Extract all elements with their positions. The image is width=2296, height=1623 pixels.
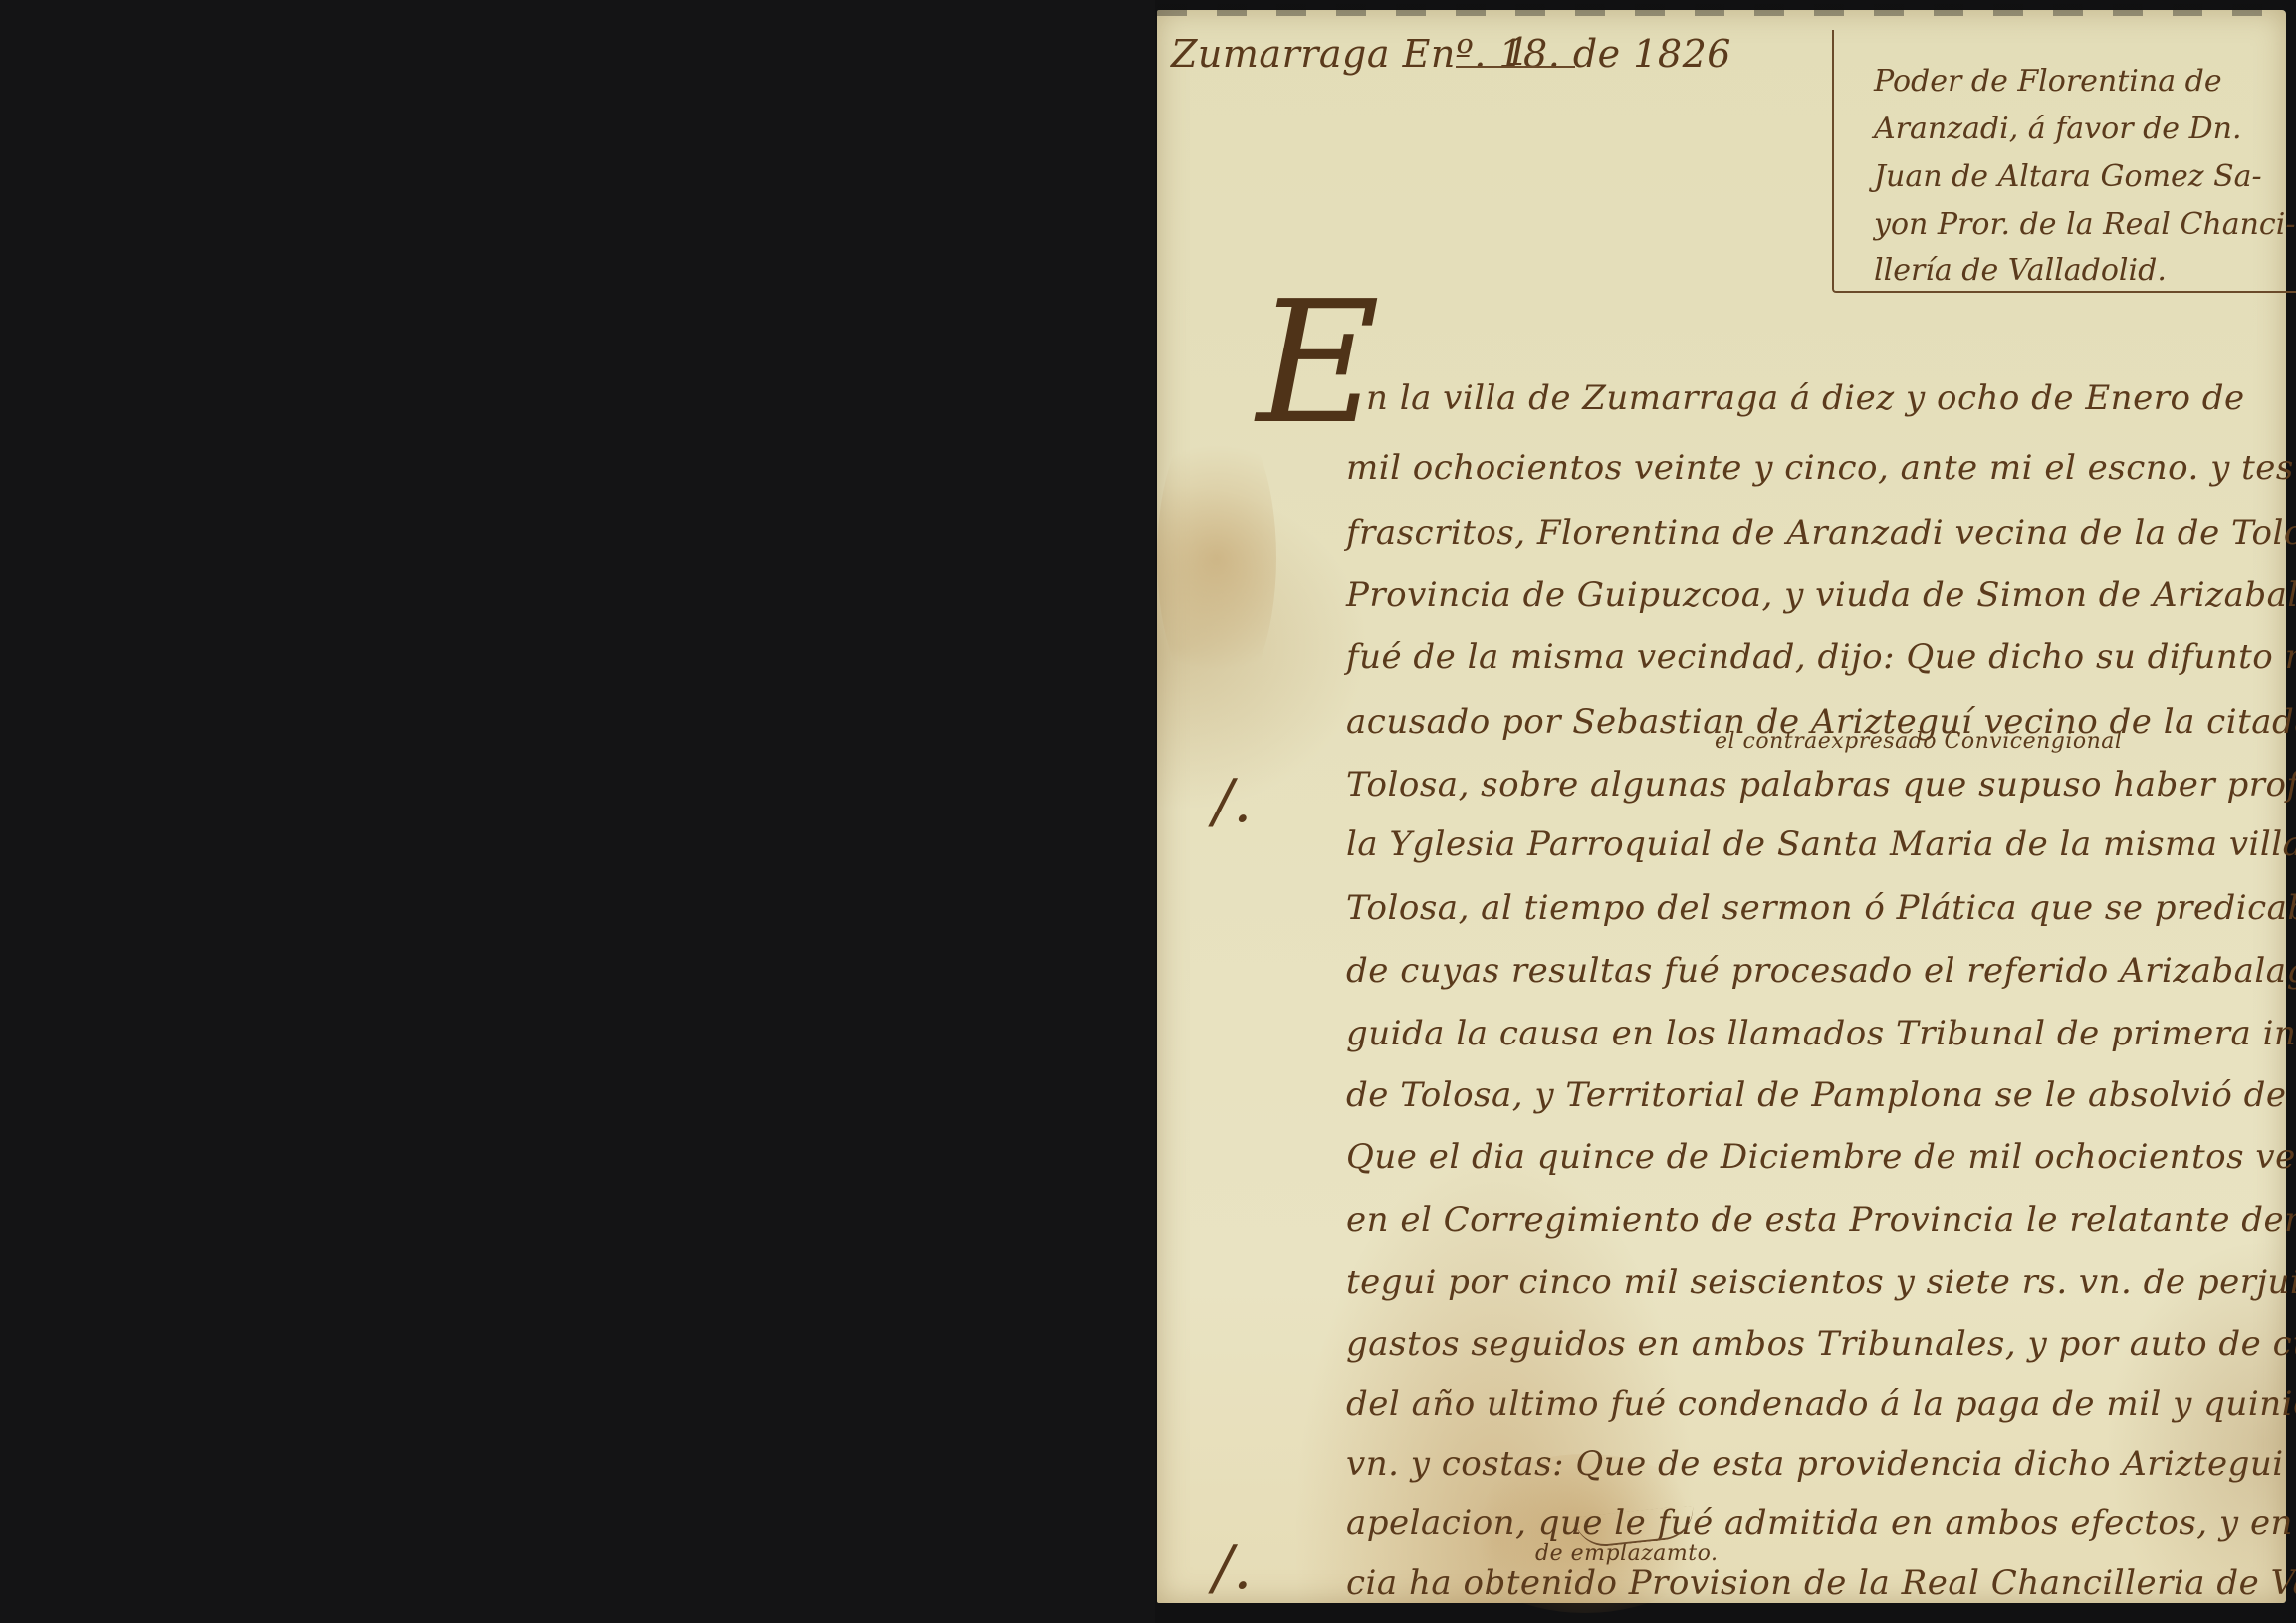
body-line: Tolosa, al tiempo del sermon ó Plática q… (1346, 888, 2296, 928)
summary-line: yon Pror. de la Real Chanci- (1874, 207, 2295, 242)
body-line: guida la causa en los llamados Tribunal … (1346, 1014, 2296, 1053)
header-place-date: Zumarraga Enº. 18. de 1826 (1171, 32, 1731, 76)
viewer-background (0, 0, 1155, 1623)
body-line: en el Corregimiento de esta Provincia le… (1346, 1200, 2296, 1240)
body-line: Que el dia quince de Diciembre de mil oc… (1346, 1137, 2296, 1177)
body-line: de cuyas resultas fué procesado el refer… (1346, 951, 2296, 991)
summary-line: Poder de Florentina de (1874, 64, 2222, 99)
summary-line: llería de Valladolid. (1874, 253, 2167, 288)
body-line: mil ochocientos veinte y cinco, ante mi … (1346, 448, 2296, 488)
body-line: n la villa de Zumarraga á diez y ocho de… (1366, 378, 2245, 418)
body-line: vn. y costas: Que de esta providencia di… (1346, 1444, 2296, 1484)
body-line: del año ultimo fué condenado á la paga d… (1346, 1384, 2296, 1424)
body-line: gastos seguidos en ambos Tribunales, y p… (1346, 1324, 2296, 1364)
body-line: tegui por cinco mil seiscientos y siete … (1346, 1263, 2296, 1302)
body-line: Tolosa, sobre algunas palabras que supus… (1346, 765, 2296, 805)
body-line: frascritos, Florentina de Aranzadi vecin… (1346, 513, 2296, 553)
body-line: de Tolosa, y Territorial de Pamplona se … (1346, 1075, 2296, 1115)
body-line: fué de la misma vecindad, dijo: Que dich… (1346, 637, 2296, 677)
summary-line: Aranzadi, á favor de Dn. (1874, 112, 2241, 146)
manuscript-page: Zumarraga Enº. 18. de 1826 1 Poder de Fl… (1157, 10, 2286, 1603)
body-line: Provincia de Guipuzcoa, y viuda de Simon… (1346, 576, 2296, 615)
margin-mark: /. (1213, 1533, 1252, 1603)
interlinear-note: el contraexpresado Convicengional (1715, 729, 2122, 754)
header-rule (1456, 66, 1575, 68)
body-line: cia ha obtenido Provision de la Real Cha… (1346, 1563, 2296, 1603)
summary-box: Poder de Florentina de Aranzadi, á favor… (1832, 30, 2296, 293)
summary-line: Juan de Altara Gomez Sa- (1874, 159, 2262, 194)
margin-mark: /. (1213, 767, 1252, 836)
decorated-initial: E (1257, 279, 1380, 448)
body-line: la Yglesia Parroquial de Santa Maria de … (1346, 824, 2296, 864)
body-line: apelacion, que le fué admitida en ambos … (1346, 1504, 2296, 1543)
